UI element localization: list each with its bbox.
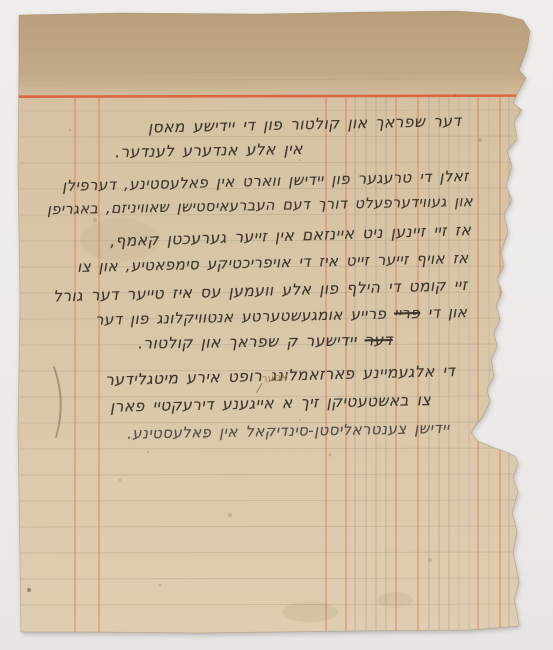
paper-sheet <box>18 11 530 633</box>
manuscript-photo: דער שפראך און קולטור פון די יידישע מאסן … <box>0 0 553 650</box>
paper-top-stain <box>0 0 553 97</box>
torn-paper <box>0 0 553 650</box>
header-margin-line <box>19 96 516 97</box>
